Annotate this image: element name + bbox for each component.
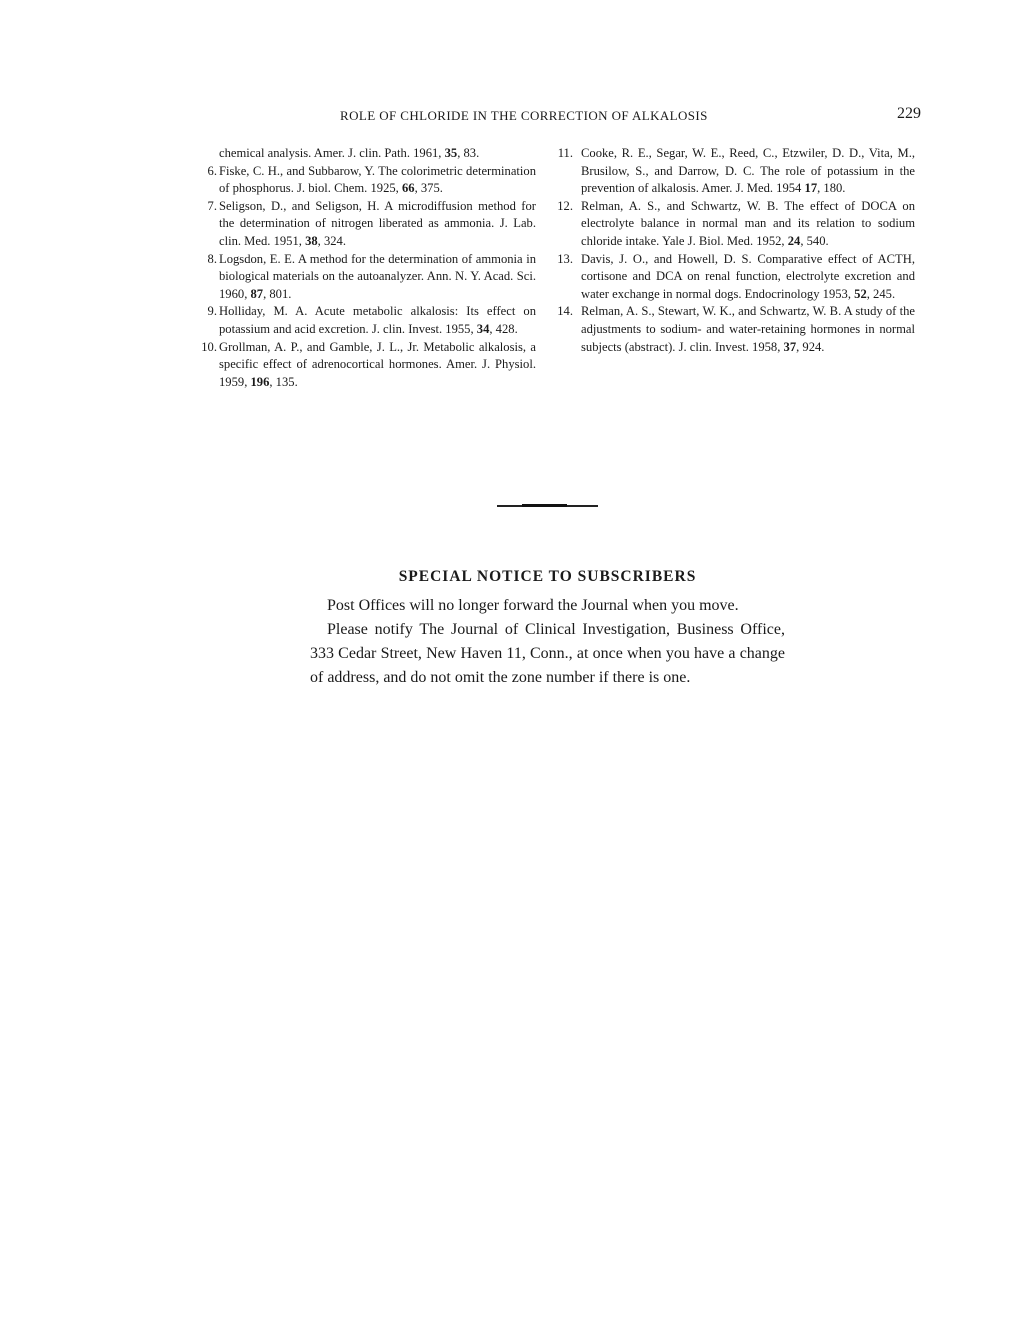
reference-item: 14.Relman, A. S., Stewart, W. K., and Sc…	[553, 303, 915, 356]
page-number: 229	[897, 105, 921, 123]
reference-item: 9.Holliday, M. A. Acute metabolic alkalo…	[203, 303, 536, 338]
reference-item: 11.Cooke, R. E., Segar, W. E., Reed, C.,…	[553, 145, 915, 198]
notice-paragraph: Please notify The Journal of Clinical In…	[310, 618, 785, 690]
running-title: ROLE OF CHLORIDE IN THE CORRECTION OF AL…	[340, 108, 708, 124]
reference-item: chemical analysis. Amer. J. clin. Path. …	[203, 145, 536, 163]
reference-item: 10.Grollman, A. P., and Gamble, J. L., J…	[203, 339, 536, 392]
references-left-column: chemical analysis. Amer. J. clin. Path. …	[203, 145, 536, 391]
section-divider	[497, 505, 598, 507]
notice-title: SPECIAL NOTICE TO SUBSCRIBERS	[310, 568, 785, 586]
notice-paragraph: Post Offices will no longer forward the …	[310, 594, 785, 618]
subscriber-notice: SPECIAL NOTICE TO SUBSCRIBERS Post Offic…	[310, 568, 785, 690]
reference-item: 7.Seligson, D., and Seligson, H. A micro…	[203, 198, 536, 251]
reference-item: 6.Fiske, C. H., and Subbarow, Y. The col…	[203, 163, 536, 198]
running-head: ROLE OF CHLORIDE IN THE CORRECTION OF AL…	[0, 108, 1020, 128]
reference-item: 12.Relman, A. S., and Schwartz, W. B. Th…	[553, 198, 915, 251]
references-right-column: 11.Cooke, R. E., Segar, W. E., Reed, C.,…	[553, 145, 915, 356]
reference-item: 13.Davis, J. O., and Howell, D. S. Compa…	[553, 251, 915, 304]
reference-item: 8.Logsdon, E. E. A method for the determ…	[203, 251, 536, 304]
